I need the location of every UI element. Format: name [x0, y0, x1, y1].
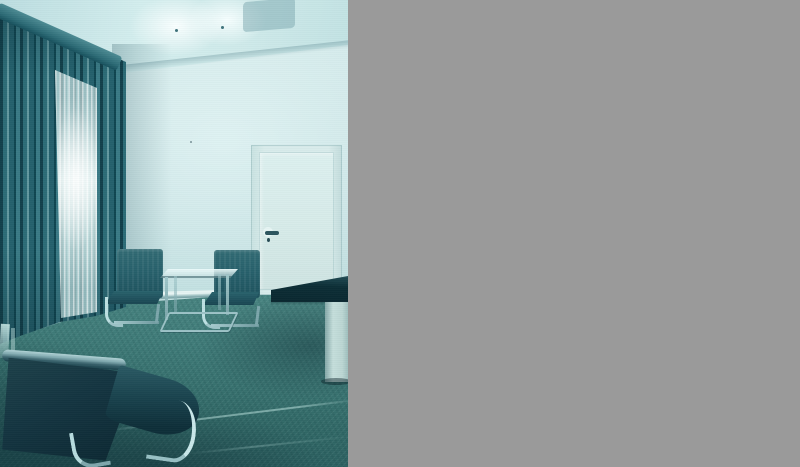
chair-rear-tube	[255, 306, 260, 326]
table-leg	[218, 274, 221, 310]
ceiling-shadow-patch	[243, 0, 295, 32]
wall-speck	[190, 141, 192, 143]
foreground-cantilever-chair	[0, 338, 215, 467]
desk-pedestal	[325, 302, 348, 382]
table-leg	[174, 276, 177, 314]
ceiling-lamp-icon	[175, 29, 178, 32]
side-table	[150, 262, 245, 334]
sheer-curtain-window	[55, 66, 97, 318]
door-handle	[265, 231, 279, 235]
table-leg	[226, 275, 229, 315]
door-keyhole	[267, 238, 270, 242]
ceiling-lamp-icon	[221, 26, 224, 29]
desk-top-slab	[268, 270, 348, 305]
interior-photograph	[0, 0, 348, 467]
desk-under-shadow	[271, 301, 327, 305]
foreground-chair-chrome-rear	[69, 427, 111, 467]
desk-foot-shadow	[321, 378, 348, 385]
viewer-canvas	[0, 0, 800, 467]
table-base-loop	[159, 312, 238, 332]
wall-desk	[268, 270, 348, 388]
